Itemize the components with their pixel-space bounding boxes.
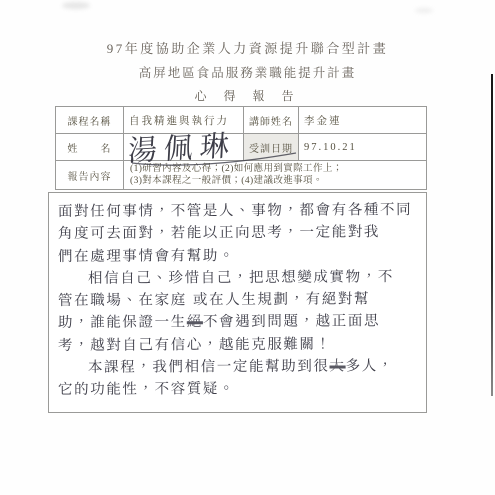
essay-line-2: 角度可去面對，若能以正向思考，一定能對我 <box>58 221 422 245</box>
essay-line-5: 管在職場、在家庭 或在人生規劃，有絕對幫 <box>58 288 422 312</box>
scan-smudge <box>62 2 90 9</box>
scan-smudge <box>415 8 433 13</box>
essay-line-8: 本課程，我們相信一定能幫助到很大多人， <box>58 355 422 379</box>
essay-line-7: 考，越對自己有信心，越能克服難關！ <box>58 333 422 357</box>
essay-line-6-crossed-out-char: 絕 <box>187 315 203 331</box>
essay-line-3: 們在處理事情會有幫助。 <box>58 244 422 268</box>
essay-line-4: 相信自己、珍惜自己，把思想變成實物，不 <box>58 266 422 290</box>
essay-line-8-pre: 本課程，我們相信一定能幫助到很 <box>88 359 330 376</box>
instructor-label: 講師姓名 <box>244 107 299 134</box>
essay-line-1: 面對任何事情，不管是人、事物，都會有各種不同 <box>58 199 422 223</box>
trainee-name-label: 姓 名 <box>56 134 124 161</box>
report-info-table: 課程名稱 自我精進與執行力 講師姓名 李金連 姓 名 受訓日期 97.10.21… <box>55 106 427 190</box>
signature-underline-stroke <box>130 150 300 170</box>
essay-line-6-pre: 助，誰能保證一生 <box>58 315 187 332</box>
scanned-report-page: 97年度協助企業人力資源提升聯合型計畫 高屏地區食品服務業職能提升計畫 心 得 … <box>0 0 495 495</box>
essay-line-6-post: 不會遇到問題，越正面思 <box>203 314 380 331</box>
scanner-edge-line <box>491 74 493 396</box>
project-subtitle: 高屏地區食品服務業職能提升計畫 <box>0 63 495 81</box>
essay-line-6: 助，誰能保證一生絕不會遇到問題，越正面思 <box>58 311 422 335</box>
essay-line-8-post: 多人， <box>346 358 394 374</box>
report-content-label: 報告內容 <box>56 161 124 189</box>
essay-line-9: 它的功能性，不容質疑。 <box>58 377 422 401</box>
essay-line-8-crossed-out-char: 大 <box>329 359 345 375</box>
course-name-label: 課程名稱 <box>56 107 124 134</box>
instructor-value: 李金連 <box>299 107 426 134</box>
report-instructions-line2: (3)對本課程之一般評價；(4)建議改進事項。 <box>130 175 323 188</box>
essay-box: 面對任何事情，不管是人、事物，都會有各種不同 角度可去面對，若能以正向思考，一定… <box>48 192 427 413</box>
program-title: 97年度協助企業人力資源提升聯合型計畫 <box>0 38 495 57</box>
training-date-value: 97.10.21 <box>299 134 426 161</box>
report-heading: 心 得 報 告 <box>0 87 495 104</box>
